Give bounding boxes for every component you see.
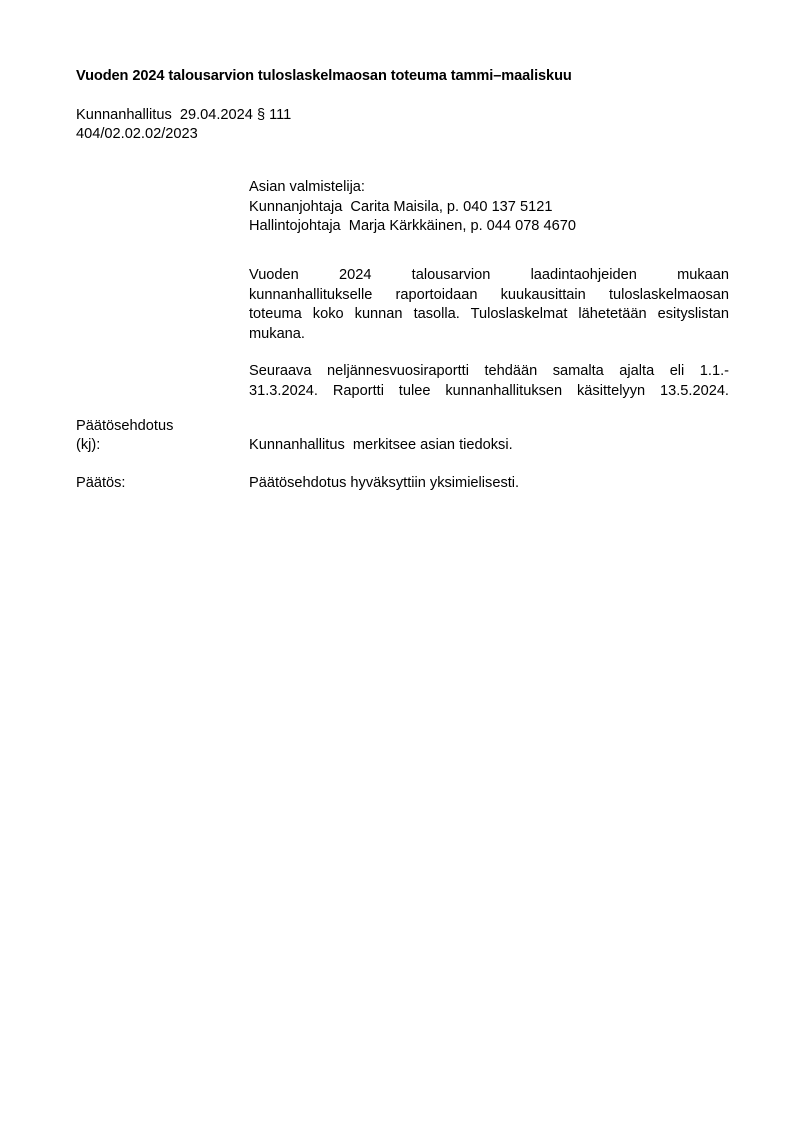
decision-text: Päätösehdotus hyväksyttiin yksimielisest…	[249, 474, 519, 493]
preparer-heading: Asian valmistelija:	[249, 178, 729, 198]
paragraph-line: mukana.	[249, 325, 729, 345]
proposal-text: Kunnanhallitus merkitsee asian tiedoksi.	[249, 436, 513, 455]
paragraph-line: kunnanhallitukselle raportoidaan kuukaus…	[249, 286, 729, 306]
proposal-label-line: (kj):	[76, 436, 173, 455]
proposal-label: Päätösehdotus (kj):	[76, 417, 173, 455]
record-number: 404/02.02.02/2023	[76, 125, 291, 144]
paragraph-line: toteuma koko kunnan tasolla. Tuloslaskel…	[249, 305, 729, 325]
preparer-person: Hallintojohtaja Marja Kärkkäinen, p. 044…	[249, 217, 729, 237]
meeting-line: Kunnanhallitus 29.04.2024 § 111	[76, 106, 291, 125]
paragraph-line: Seuraava neljännesvuosiraportti tehdään …	[249, 362, 729, 382]
body-paragraph: Seuraava neljännesvuosiraportti tehdään …	[249, 362, 729, 401]
proposal-label-line: Päätösehdotus	[76, 417, 173, 436]
preparer-person: Kunnanjohtaja Carita Maisila, p. 040 137…	[249, 198, 729, 218]
document-title: Vuoden 2024 talousarvion tuloslaskelmaos…	[76, 68, 572, 84]
paragraph-line: 31.3.2024. Raportti tulee kunnanhallituk…	[249, 382, 729, 402]
decision-label: Päätös:	[76, 474, 126, 493]
meeting-info: Kunnanhallitus 29.04.2024 § 111 404/02.0…	[76, 106, 291, 144]
preparer-block: Asian valmistelija: Kunnanjohtaja Carita…	[249, 178, 729, 237]
body-paragraph: Vuoden 2024 talousarvion laadintaohjeide…	[249, 266, 729, 344]
paragraph-line: Vuoden 2024 talousarvion laadintaohjeide…	[249, 266, 729, 286]
